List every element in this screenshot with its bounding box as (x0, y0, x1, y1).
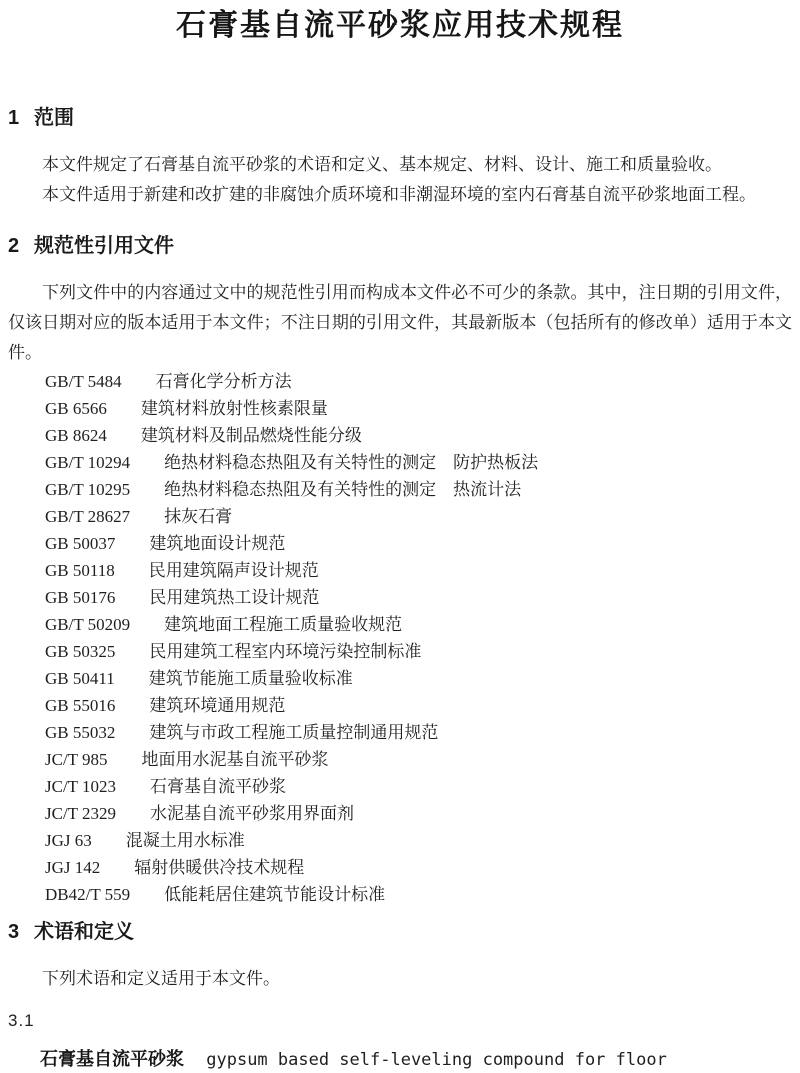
reference-title: 建筑材料放射性核素限量 (141, 399, 328, 418)
reference-item: GB/T 28627抹灰石膏 (45, 503, 792, 530)
reference-title: 混凝土用水标准 (126, 831, 245, 850)
reference-item: GB 50037建筑地面设计规范 (45, 530, 792, 557)
term-name-chinese: 石膏基自流平砂浆 (40, 1049, 184, 1069)
section-3-title: 术语和定义 (34, 920, 134, 944)
section-2-title: 规范性引用文件 (34, 234, 174, 258)
reference-title: 绝热材料稳态热阻及有关特性的测定 防护热板法 (164, 453, 538, 472)
reference-title: 建筑地面设计规范 (149, 534, 285, 553)
reference-title: 石膏基自流平砂浆 (150, 777, 286, 796)
term-name-english: gypsum based self-leveling compound for … (206, 1050, 667, 1070)
reference-code: JC/T 1023 (45, 777, 116, 796)
section-2-heading: 2 规范性引用文件 (0, 234, 800, 258)
standard-document: 石膏基自流平砂浆应用技术规程 1 范围 本文件规定了石膏基自流平砂浆的术语和定义… (0, 0, 800, 1073)
references-intro-paragraph: 下列文件中的内容通过文中的规范性引用而构成本文件必不可少的条款。其中，注日期的引… (0, 278, 800, 368)
reference-item: GB/T 5484石膏化学分析方法 (45, 368, 792, 395)
reference-code: GB 50118 (45, 561, 115, 580)
section-3-heading: 3 术语和定义 (0, 920, 800, 944)
reference-code: GB 6566 (45, 399, 107, 418)
reference-item: JC/T 985地面用水泥基自流平砂浆 (45, 746, 792, 773)
reference-item: GB 55016建筑环境通用规范 (45, 692, 792, 719)
reference-item: JC/T 1023石膏基自流平砂浆 (45, 773, 792, 800)
reference-item: GB 55032建筑与市政工程施工质量控制通用规范 (45, 719, 792, 746)
reference-code: GB 55016 (45, 696, 115, 715)
reference-item: GB 50325民用建筑工程室内环境污染控制标准 (45, 638, 792, 665)
section-3-number: 3 (8, 920, 34, 944)
reference-title: 民用建筑隔声设计规范 (149, 561, 319, 580)
reference-code: GB 50325 (45, 642, 115, 661)
reference-code: GB 8624 (45, 426, 107, 445)
reference-code: GB 50176 (45, 588, 115, 607)
reference-item: GB 8624建筑材料及制品燃烧性能分级 (45, 422, 792, 449)
reference-item: JGJ 142辐射供暖供冷技术规程 (45, 854, 792, 881)
reference-title: 水泥基自流平砂浆用界面剂 (150, 804, 354, 823)
section-1-number: 1 (8, 106, 34, 130)
reference-code: GB/T 28627 (45, 507, 130, 526)
scope-paragraph-2: 本文件适用于新建和改扩建的非腐蚀介质环境和非潮湿环境的室内石膏基自流平砂浆地面工… (0, 180, 800, 210)
reference-item: GB/T 10294绝热材料稳态热阻及有关特性的测定 防护热板法 (45, 449, 792, 476)
reference-item: GB 50118民用建筑隔声设计规范 (45, 557, 792, 584)
reference-code: GB/T 10295 (45, 480, 130, 499)
reference-code: JC/T 2329 (45, 804, 116, 823)
reference-item: GB 50411建筑节能施工质量验收标准 (45, 665, 792, 692)
reference-code: GB 55032 (45, 723, 115, 742)
reference-code: GB/T 5484 (45, 372, 122, 391)
section-1-heading: 1 范围 (0, 106, 800, 130)
references-list: GB/T 5484石膏化学分析方法 GB 6566建筑材料放射性核素限量 GB … (0, 368, 800, 908)
reference-item: DB42/T 559低能耗居住建筑节能设计标准 (45, 881, 792, 908)
document-page-body: { "page": { "background": "#ffffff", "te… (0, 0, 800, 1073)
reference-title: 建筑环境通用规范 (149, 696, 285, 715)
reference-item: GB/T 50209建筑地面工程施工质量验收规范 (45, 611, 792, 638)
terms-intro-paragraph: 下列术语和定义适用于本文件。 (0, 964, 800, 994)
reference-title: 建筑节能施工质量验收标准 (149, 669, 353, 688)
reference-title: 抹灰石膏 (164, 507, 232, 526)
reference-title: 建筑材料及制品燃烧性能分级 (141, 426, 362, 445)
document-title: 石膏基自流平砂浆应用技术规程 (0, 6, 800, 46)
reference-item: GB 50176民用建筑热工设计规范 (45, 584, 792, 611)
reference-item: JGJ 63混凝土用水标准 (45, 827, 792, 854)
reference-title: 建筑地面工程施工质量验收规范 (164, 615, 402, 634)
reference-title: 民用建筑热工设计规范 (149, 588, 319, 607)
reference-code: GB 50037 (45, 534, 115, 553)
section-1-title: 范围 (34, 106, 74, 130)
reference-title: 民用建筑工程室内环境污染控制标准 (149, 642, 421, 661)
reference-code: JGJ 63 (45, 831, 92, 850)
reference-title: 绝热材料稳态热阻及有关特性的测定 热流计法 (164, 480, 521, 499)
reference-title: 低能耗居住建筑节能设计标准 (164, 885, 385, 904)
reference-code: GB/T 50209 (45, 615, 130, 634)
reference-title: 建筑与市政工程施工质量控制通用规范 (149, 723, 438, 742)
reference-code: GB 50411 (45, 669, 115, 688)
scope-paragraph-1: 本文件规定了石膏基自流平砂浆的术语和定义、基本规定、材料、设计、施工和质量验收。 (0, 150, 800, 180)
reference-code: JGJ 142 (45, 858, 100, 877)
reference-code: JC/T 985 (45, 750, 108, 769)
reference-title: 地面用水泥基自流平砂浆 (142, 750, 329, 769)
reference-title: 石膏化学分析方法 (156, 372, 292, 391)
reference-title: 辐射供暖供冷技术规程 (134, 858, 304, 877)
section-2-number: 2 (8, 234, 34, 258)
reference-code: GB/T 10294 (45, 453, 130, 472)
reference-item: GB/T 10295绝热材料稳态热阻及有关特性的测定 热流计法 (45, 476, 792, 503)
reference-item: GB 6566建筑材料放射性核素限量 (45, 395, 792, 422)
term-number: 3.1 (0, 1010, 800, 1032)
term-definition-line: 石膏基自流平砂浆 gypsum based self-leveling comp… (0, 1046, 800, 1073)
reference-code: DB42/T 559 (45, 885, 130, 904)
reference-item: JC/T 2329水泥基自流平砂浆用界面剂 (45, 800, 792, 827)
